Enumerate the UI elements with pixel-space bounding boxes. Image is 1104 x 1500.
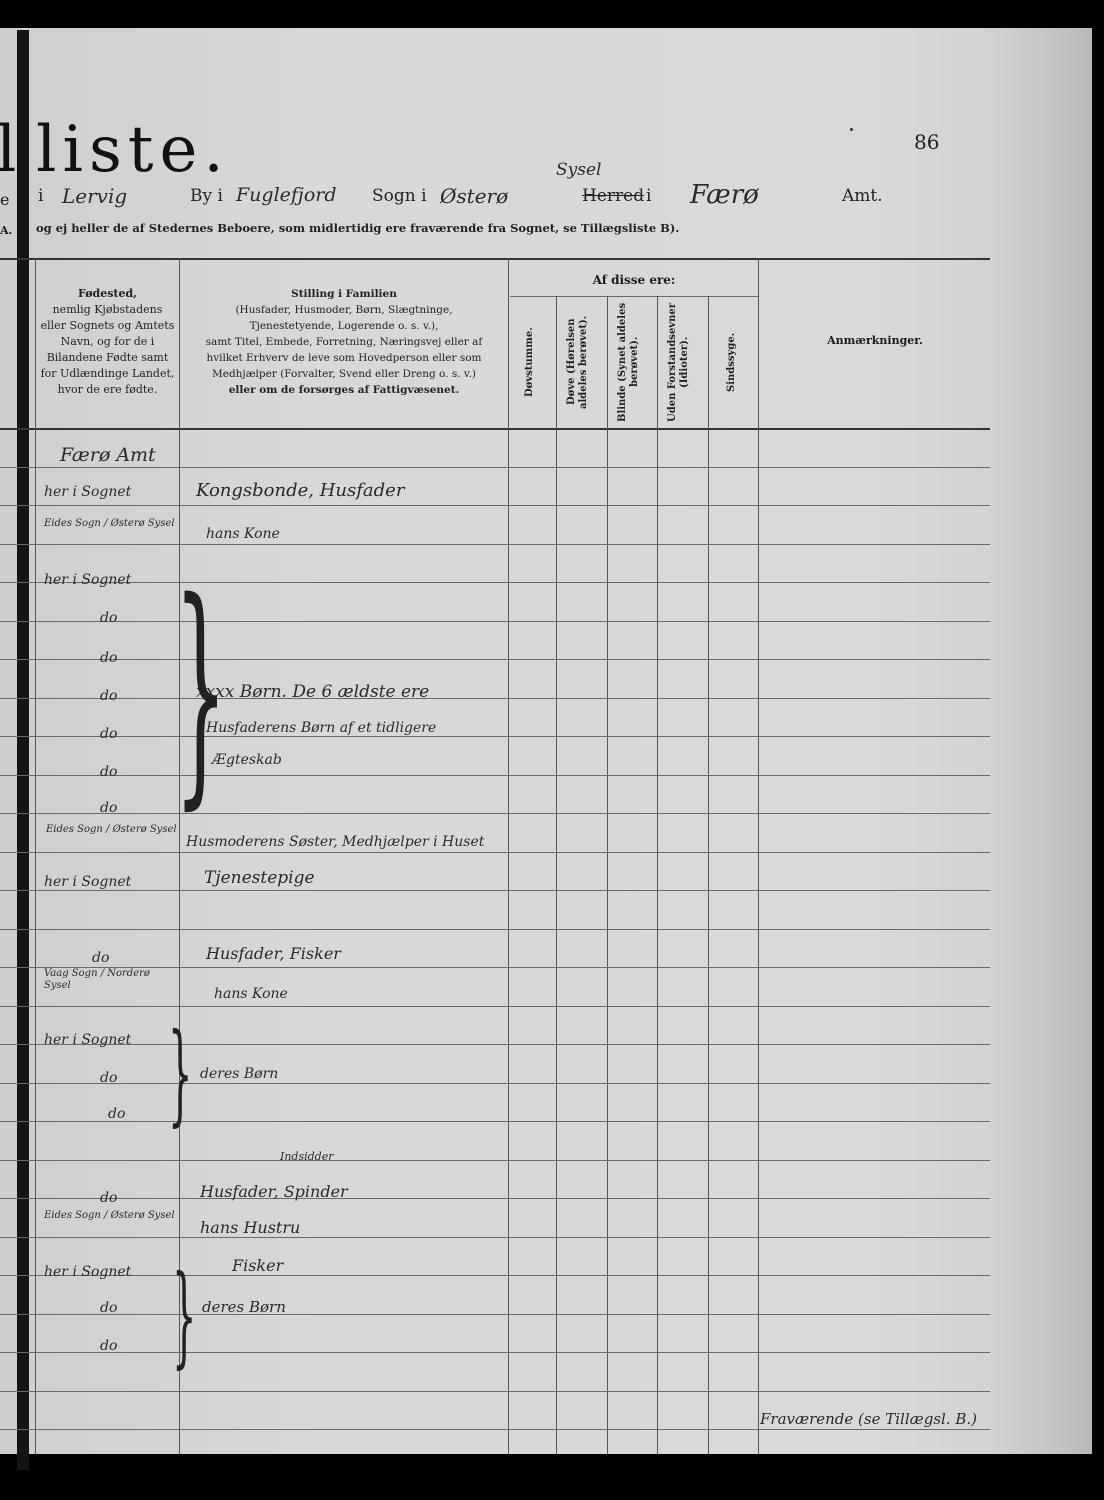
header-stilling: Stilling i Familien (Husfader, Husmoder,… <box>182 286 506 398</box>
row-rule <box>0 582 990 583</box>
header-line: eller om de forsørges af Fattigvæsenet. <box>182 382 506 398</box>
row-stilling: Husfaderens Børn af et tidligere <box>206 720 436 736</box>
header-blinde: Blinde (Synet aldeles berøvet). <box>617 300 649 424</box>
previous-page-edge <box>0 28 17 1454</box>
row-stilling: hans Kone <box>214 986 288 1002</box>
sogn-label: Sogn i <box>372 186 427 206</box>
row-stilling: xxxx Børn. De 6 ældste ere <box>196 682 429 702</box>
header-line: hvilket Erhverv de leve som Hovedperson … <box>182 350 506 366</box>
row-rule <box>0 1160 990 1161</box>
bracket: } <box>168 1018 193 1128</box>
bracket: } <box>174 570 227 810</box>
header-anmaerkninger: Anmærkninger. <box>760 334 990 347</box>
row-fodested: do <box>100 726 117 742</box>
header-line: samt Titel, Embede, Forretning, Næringsv… <box>182 334 506 350</box>
col-rule <box>556 296 557 1454</box>
title-text: liste. <box>36 118 230 182</box>
table-top-rule <box>0 258 990 260</box>
header-bottom-rule <box>0 428 990 430</box>
row-stilling-insertion: Indsidder <box>280 1150 334 1163</box>
col-rule <box>708 296 709 1454</box>
ink-dot <box>850 128 853 131</box>
by-handwritten: Fuglefjord <box>236 184 337 206</box>
subtitle: og ej heller de af Stedernes Beboere, so… <box>36 221 679 235</box>
header-line: for Udlændinge Landet, <box>36 366 179 382</box>
place-handwritten: Lervig <box>62 184 127 208</box>
row-rule <box>0 1391 990 1392</box>
row-stilling: Husmoderens Søster, Medhjælper i Huset <box>186 834 484 850</box>
row-rule <box>0 1352 990 1353</box>
page-number: 86 <box>914 130 939 154</box>
header-sindssyge: Sindssyge. <box>726 300 738 424</box>
row-fodested: do <box>100 1338 117 1354</box>
row-fodested: do <box>100 610 117 626</box>
row-fodested: do <box>100 650 117 666</box>
row-fodested: her i Sognet <box>44 874 131 890</box>
header-line: eller Sognets og Amtets <box>36 318 179 334</box>
header-line: Navn, og for de i <box>36 334 179 350</box>
row-fodested: do <box>100 764 117 780</box>
prefix-i: i <box>38 186 43 206</box>
header-af-disse-ere: Af disse ere: <box>510 273 758 287</box>
header-line: (Husfader, Husmoder, Børn, Slægtninge, <box>182 302 506 318</box>
row-stilling: Husfader, Fisker <box>206 944 341 963</box>
row-fodested: do <box>100 800 117 816</box>
row-rule <box>0 775 990 776</box>
row-rule <box>0 736 990 737</box>
row-rule <box>0 1237 990 1238</box>
amt-label: Amt. <box>842 186 883 206</box>
row-fodested: do <box>100 688 117 704</box>
row-rule <box>0 467 990 468</box>
header-stilling-title: Stilling i Familien <box>182 286 506 302</box>
row-stilling: hans Kone <box>206 526 280 542</box>
header-dove: Døve (Hørelsen aldeles berøvet). <box>566 300 598 424</box>
footer-note: Fraværende (se Tillægsl. B.) <box>760 1410 977 1428</box>
header-line: hvor de ere fødte. <box>36 382 179 398</box>
row-rule <box>0 1314 990 1315</box>
row-fodested: Eides Sogn / Østerø Sysel <box>44 1210 176 1222</box>
header-fodested-title: Fødested, <box>36 286 179 302</box>
page-edge-shadow <box>990 28 1092 1454</box>
amt-handwritten: Færø <box>690 180 759 210</box>
header-dovstumme: Døvstumme. <box>524 300 536 424</box>
row-rule <box>0 1275 990 1276</box>
sogn-handwritten: Østerø <box>440 184 508 208</box>
row-fodested: her i Sognet <box>44 1264 131 1280</box>
row-fodested: her i Sognet <box>44 484 131 500</box>
header-line: Medhjælper (Forvalter, Svend eller Dreng… <box>182 366 506 382</box>
margin-fragment: e <box>0 190 9 209</box>
header-line: Tjenestetyende, Logerende o. s. v.), <box>182 318 506 334</box>
row-rule <box>0 698 990 699</box>
row-fodested: her i Sognet <box>44 1032 131 1048</box>
row-fodested: Eides Sogn / Østerø Sysel <box>44 518 176 530</box>
header-line: nemlig Kjøbstadens <box>36 302 179 318</box>
row-rule <box>0 1198 990 1199</box>
row-rule <box>0 659 990 660</box>
row-rule <box>0 852 990 853</box>
row-rule <box>0 505 990 506</box>
row-rule <box>0 929 990 930</box>
row-rule <box>0 1083 990 1084</box>
row-rule <box>0 544 990 545</box>
subheader-rule <box>510 296 758 297</box>
row-rule <box>0 1044 990 1045</box>
herred-struck: Herred <box>582 186 644 206</box>
row-fodested: her i Sognet <box>44 572 131 588</box>
margin-fragment: A. <box>0 224 12 237</box>
row-fodested: do <box>100 1300 117 1316</box>
row-stilling: deres Børn <box>200 1066 278 1082</box>
row-fodested: do <box>100 1070 117 1086</box>
row-rule <box>0 1429 990 1430</box>
row-stilling: hans Hustru <box>200 1218 300 1237</box>
col-rule <box>607 296 608 1454</box>
row-fodested: do <box>108 1106 125 1122</box>
row-stilling: Kongsbonde, Husfader <box>196 480 404 501</box>
census-page <box>0 28 1092 1454</box>
row-stilling: deres Børn <box>202 1298 286 1316</box>
row-fodested: do <box>100 1190 117 1206</box>
title-fragment: l <box>0 118 22 182</box>
row-rule <box>0 813 990 814</box>
row-rule <box>0 621 990 622</box>
header-fodested: Fødested, nemlig Kjøbstadens eller Sogne… <box>36 286 179 398</box>
row-fodested: Vaag Sogn / Norderø Sysel <box>44 968 176 992</box>
row-fodested: Eides Sogn / Østerø Sysel <box>46 824 178 836</box>
book-binding <box>17 30 29 1470</box>
row-stilling: Fisker <box>232 1256 283 1275</box>
herred-replacement-handwritten: Sysel <box>556 160 601 180</box>
header-uden-forstandsevner: Uden Forstandsevner (Idioter). <box>667 300 699 424</box>
row-stilling: Tjenestepige <box>204 868 315 888</box>
bracket: } <box>172 1260 197 1370</box>
row-fodested: Færø Amt <box>60 444 156 466</box>
row-rule <box>0 890 990 891</box>
row-rule <box>0 1006 990 1007</box>
header-line: Bilandene Fødte samt <box>36 350 179 366</box>
row-rule <box>0 1121 990 1122</box>
row-stilling: Husfader, Spinder <box>200 1182 348 1201</box>
row-fodested: do <box>92 950 109 966</box>
col-rule <box>657 296 658 1454</box>
by-label: By i <box>190 186 223 206</box>
herred-suffix: i <box>646 186 651 206</box>
